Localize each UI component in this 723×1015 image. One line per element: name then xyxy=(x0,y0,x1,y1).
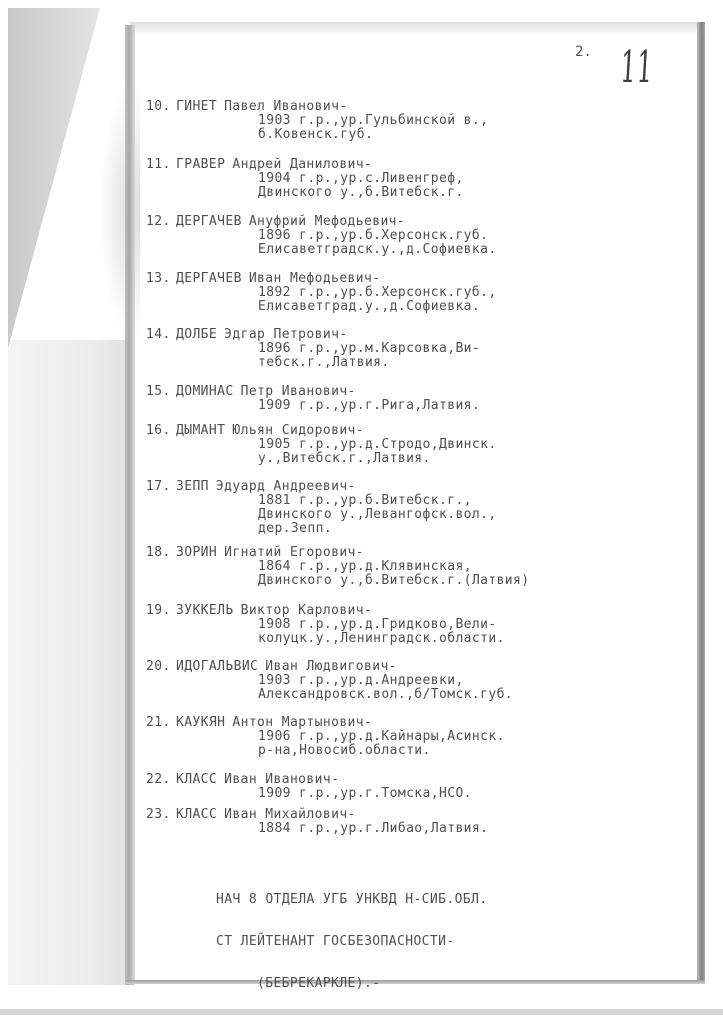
entry-surname: ДОЛБЕ xyxy=(176,327,217,342)
entry-detail-line: Елисаветград.у.,д.Софиевка. xyxy=(146,300,497,314)
entry-number: 18. xyxy=(146,546,176,560)
scan-top-shadow xyxy=(130,22,700,36)
list-item: 14.ДОЛБЕЭдгар Петрович-1896 г.р.,ур.м.Ка… xyxy=(146,328,480,370)
entry-given-name: Иван Мефодьевич- xyxy=(249,271,381,286)
entry-given-name: Иван Иванович- xyxy=(224,772,339,787)
entry-surname: КАУКЯН xyxy=(176,715,225,730)
entry-number: 19. xyxy=(146,604,176,618)
entry-number: 10. xyxy=(146,100,176,114)
entry-detail-line: б.Ковенск.губ. xyxy=(146,128,488,142)
entry-number: 23. xyxy=(146,808,176,822)
entry-detail-line: 1896 г.р.,ур.б.Херсонск.губ. xyxy=(146,229,497,243)
entry-surname: ЗУККЕЛЬ xyxy=(176,603,234,618)
handwritten-folio-number: 11 xyxy=(619,42,655,93)
list-item: 21.КАУКЯНАнтон Мартынович-1906 г.р.,ур.д… xyxy=(146,716,505,758)
list-item: 12.ДЕРГАЧЕВАнуфрий Мефодьевич-1896 г.р.,… xyxy=(146,215,497,257)
entry-header: 17.ЗЕППЭдуард Андреевич- xyxy=(146,480,497,494)
list-item: 10.ГИНЕТПавел Иванович-1903 г.р.,ур.Гуль… xyxy=(146,100,488,142)
entry-given-name: Иван Людвигович- xyxy=(265,659,397,674)
entry-header: 13.ДЕРГАЧЕВИван Мефодьевич- xyxy=(146,272,497,286)
entry-detail-line: р-на,Новосиб.области. xyxy=(146,744,505,758)
entry-detail-line: 1903 г.р.,ур.д.Андреевки, xyxy=(146,674,513,688)
entry-detail-line: Двинского у.,Левангофск.вол., xyxy=(146,508,497,522)
entry-header: 11.ГРАВЕРАндрей Данилович- xyxy=(146,158,464,172)
list-item: 11.ГРАВЕРАндрей Данилович-1904 г.р.,ур.с… xyxy=(146,158,464,200)
entry-given-name: Петр Иванович- xyxy=(241,384,356,399)
entry-detail-line: у.,Витебск.г.,Латвия. xyxy=(146,452,497,466)
entry-detail-line: 1909 г.р.,ур.г.Рига,Латвия. xyxy=(146,399,480,413)
list-item: 15.ДОМИНАСПетр Иванович-1909 г.р.,ур.г.Р… xyxy=(146,385,480,413)
entry-detail-line: 1892 г.р.,ур.б.Херсонск.губ., xyxy=(146,286,497,300)
entry-surname: ДЕРГАЧЕВ xyxy=(176,214,242,229)
entry-header: 16.ДЫМАНТЮльян Сидорович- xyxy=(146,424,497,438)
entry-number: 16. xyxy=(146,424,176,438)
entry-detail-line: 1903 г.р.,ур.Гульбинской в., xyxy=(146,114,488,128)
entry-number: 11. xyxy=(146,158,176,172)
entry-surname: ДЫМАНТ xyxy=(176,423,225,438)
entry-number: 22. xyxy=(146,773,176,787)
entry-detail-line: Двинского у.,б.Витебск.г. xyxy=(146,186,464,200)
entry-given-name: Юльян Сидорович- xyxy=(232,423,364,438)
entry-header: 20.ИДОГАЛЬВИСИван Людвигович- xyxy=(146,660,513,674)
page-number: 2. xyxy=(575,44,592,60)
list-item: 18.ЗОРИНИгнатий Егорович-1864 г.р.,ур.д.… xyxy=(146,546,529,588)
entry-detail-line: 1909 г.р.,ур.г.Томска,НСО. xyxy=(146,787,472,801)
entry-given-name: Игнатий Егорович- xyxy=(224,545,364,560)
entry-given-name: Антон Мартынович- xyxy=(232,715,372,730)
entry-header: 18.ЗОРИНИгнатий Егорович- xyxy=(146,546,529,560)
entry-given-name: Павел Иванович- xyxy=(224,99,347,114)
entry-surname: ГРАВЕР xyxy=(176,157,225,172)
entry-given-name: Андрей Данилович- xyxy=(232,157,372,172)
entry-detail-line: тебск.г.,Латвия. xyxy=(146,356,480,370)
entry-surname: КЛАСС xyxy=(176,772,217,787)
entry-number: 12. xyxy=(146,215,176,229)
entry-header: 22.КЛАССИван Иванович- xyxy=(146,773,472,787)
entry-detail-line: 1884 г.р.,ур.г.Либао,Латвия. xyxy=(146,822,488,836)
entry-header: 21.КАУКЯНАнтон Мартынович- xyxy=(146,716,505,730)
scan-bottom-strip xyxy=(0,1009,723,1015)
list-item: 20.ИДОГАЛЬВИСИван Людвигович-1903 г.р.,у… xyxy=(146,660,513,702)
entry-number: 15. xyxy=(146,385,176,399)
entry-number: 13. xyxy=(146,272,176,286)
entry-given-name: Эдуард Андреевич- xyxy=(216,479,356,494)
entry-detail-line: 1905 г.р.,ур.д.Стродо,Двинск. xyxy=(146,438,497,452)
entry-header: 14.ДОЛБЕЭдгар Петрович- xyxy=(146,328,480,342)
entry-header: 12.ДЕРГАЧЕВАнуфрий Мефодьевич- xyxy=(146,215,497,229)
entry-surname: ГИНЕТ xyxy=(176,99,217,114)
list-item: 13.ДЕРГАЧЕВИван Мефодьевич-1892 г.р.,ур.… xyxy=(146,272,497,314)
entry-detail-line: 1906 г.р.,ур.д.Кайнары,Асинск. xyxy=(146,730,505,744)
entry-header: 10.ГИНЕТПавел Иванович- xyxy=(146,100,488,114)
signature-rank: СТ ЛЕЙТЕНАНТ ГОСБЕЗОПАСНОСТИ- xyxy=(216,935,487,949)
entry-given-name: Иван Михайлович- xyxy=(224,807,356,822)
signature-block: НАЧ 8 ОТДЕЛА УГБ УНКВД Н-СИБ.ОБЛ. СТ ЛЕЙ… xyxy=(216,865,487,1005)
entry-given-name: Виктор Карлович- xyxy=(241,603,373,618)
entry-detail-line: 1896 г.р.,ур.м.Карсовка,Ви- xyxy=(146,342,480,356)
entry-detail-line: 1864 г.р.,ур.д.Клявинская, xyxy=(146,560,529,574)
entry-detail-line: 1881 г.р.,ур.б.Витебск.г., xyxy=(146,494,497,508)
signature-title: НАЧ 8 ОТДЕЛА УГБ УНКВД Н-СИБ.ОБЛ. xyxy=(216,893,487,907)
entry-given-name: Ануфрий Мефодьевич- xyxy=(249,214,405,229)
list-item: 22.КЛАССИван Иванович-1909 г.р.,ур.г.Том… xyxy=(146,773,472,801)
scan-folded-corner xyxy=(8,8,100,348)
list-item: 23.КЛАССИван Михайлович-1884 г.р.,ур.г.Л… xyxy=(146,808,488,836)
list-item: 16.ДЫМАНТЮльян Сидорович-1905 г.р.,ур.д.… xyxy=(146,424,497,466)
entry-detail-line: 1908 г.р.,ур.д.Гридково,Вели- xyxy=(146,618,505,632)
entry-detail-line: дер.Зепп. xyxy=(146,522,497,536)
entry-number: 21. xyxy=(146,716,176,730)
entry-surname: ИДОГАЛЬВИС xyxy=(176,659,258,674)
entry-surname: ЗОРИН xyxy=(176,545,217,560)
entry-header: 23.КЛАССИван Михайлович- xyxy=(146,808,488,822)
entry-header: 15.ДОМИНАСПетр Иванович- xyxy=(146,385,480,399)
entry-detail-line: 1904 г.р.,ур.с.Ливенгреф, xyxy=(146,172,464,186)
entry-detail-line: Двинского у.,б.Витебск.г.(Латвия) xyxy=(146,574,529,588)
entry-number: 17. xyxy=(146,480,176,494)
list-item: 19.ЗУККЕЛЬВиктор Карлович-1908 г.р.,ур.д… xyxy=(146,604,505,646)
entry-given-name: Эдгар Петрович- xyxy=(224,327,347,342)
scan-right-edge xyxy=(697,22,705,982)
entry-surname: ЗЕПП xyxy=(176,479,209,494)
scan-binding-gutter xyxy=(125,25,135,985)
entry-detail-line: Александровск.вол.,б/Томск.губ. xyxy=(146,688,513,702)
signature-name: (БЕБРЕКАРКЛЕ).- xyxy=(216,977,487,991)
entry-surname: ДОМИНАС xyxy=(176,384,234,399)
entry-detail-line: Елисаветградск.у.,д.Софиевка. xyxy=(146,243,497,257)
scan-left-margin xyxy=(8,340,126,985)
entry-number: 14. xyxy=(146,328,176,342)
entry-detail-line: колуцк.у.,Ленинградск.области. xyxy=(146,632,505,646)
list-item: 17.ЗЕППЭдуард Андреевич-1881 г.р.,ур.б.В… xyxy=(146,480,497,536)
entry-surname: ДЕРГАЧЕВ xyxy=(176,271,242,286)
entry-number: 20. xyxy=(146,660,176,674)
entry-surname: КЛАСС xyxy=(176,807,217,822)
entry-header: 19.ЗУККЕЛЬВиктор Карлович- xyxy=(146,604,505,618)
